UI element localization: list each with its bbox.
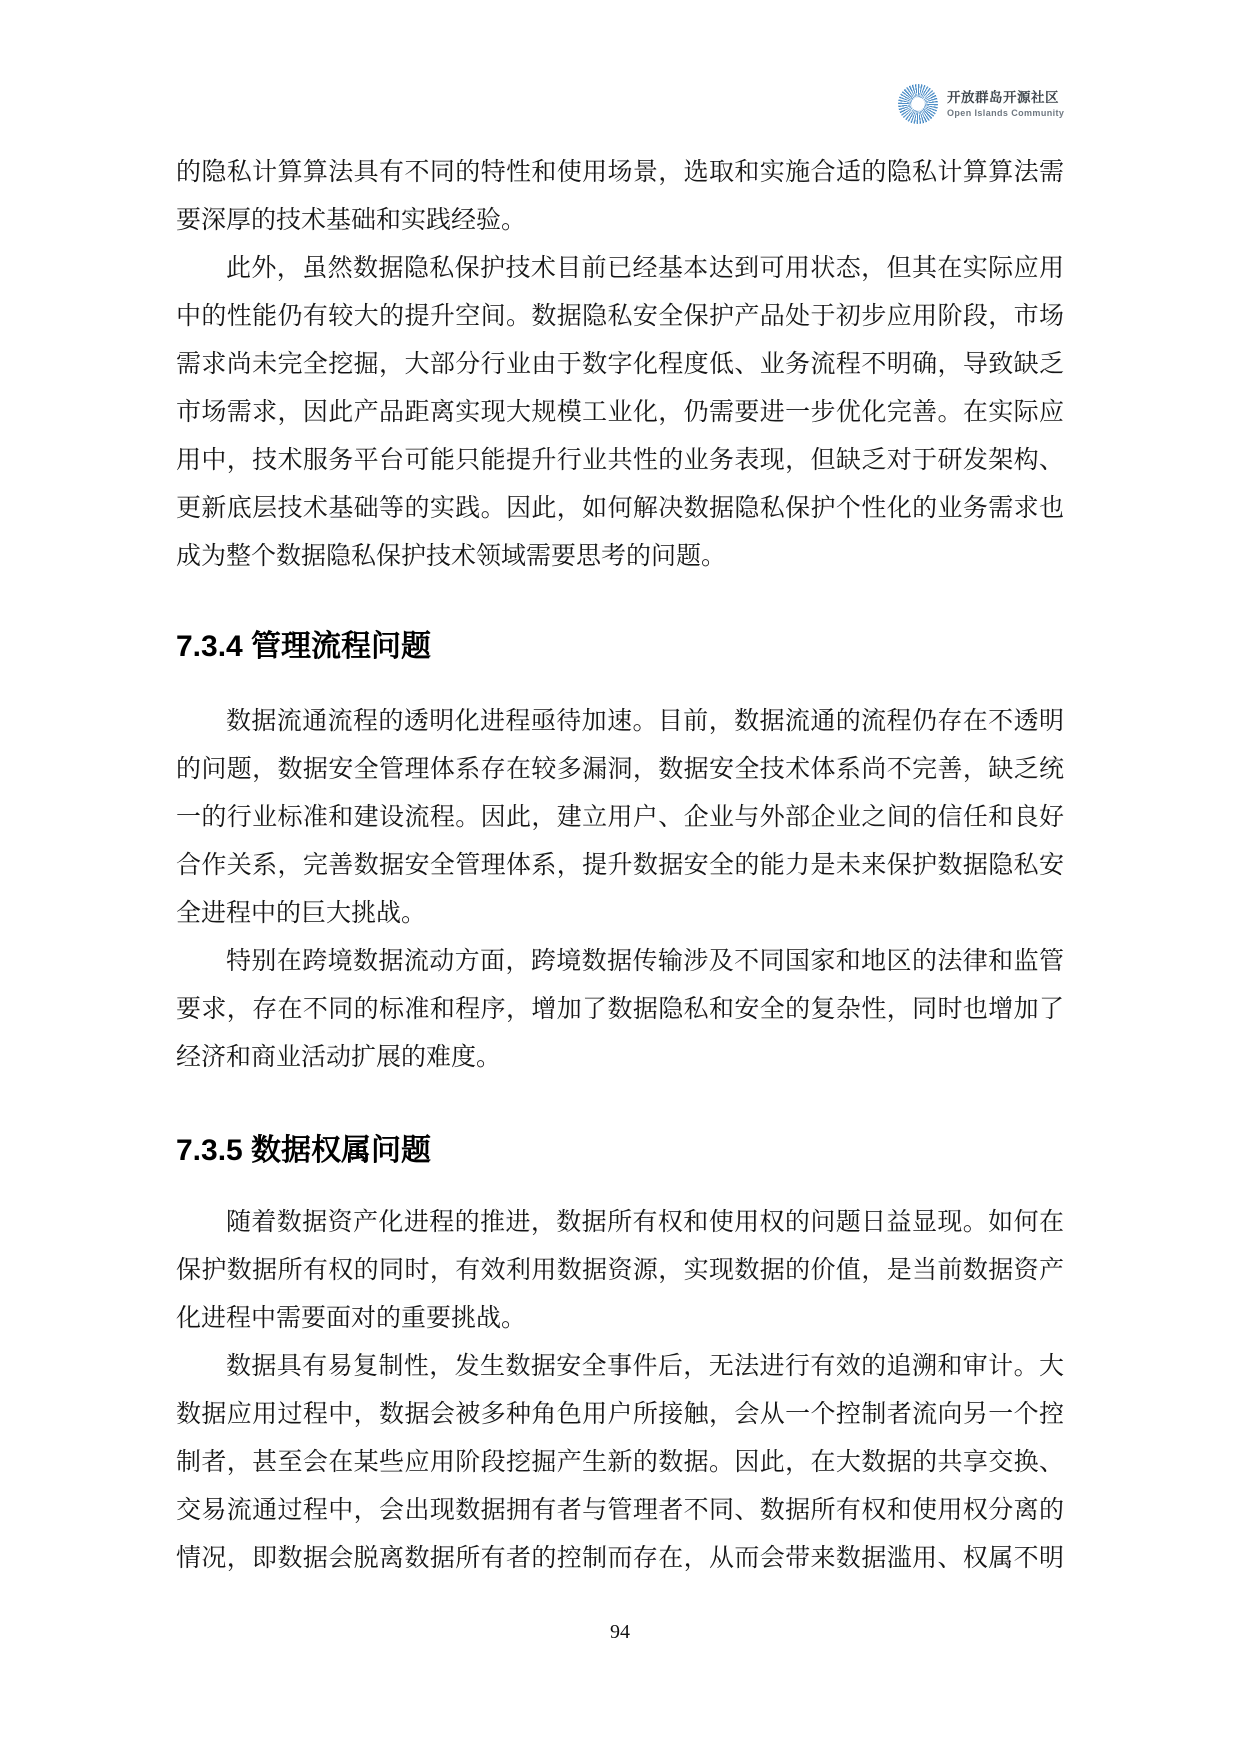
body-text-line: 成为整个数据隐私保护技术领域需要思考的问题。	[176, 533, 1064, 581]
logo-subtitle: Open Islands Community	[947, 108, 1064, 118]
body-text-line: 特别在跨境数据流动方面，跨境数据传输涉及不同国家和地区的法律和监管	[176, 938, 1064, 986]
open-islands-logo: 开放群岛开源社区 Open Islands Community	[898, 84, 1064, 124]
body-text-line: 化进程中需要面对的重要挑战。	[176, 1295, 1064, 1343]
paragraph-block-intro: 的隐私计算算法具有不同的特性和使用场景，选取和实施合适的隐私计算算法需 要深厚的…	[176, 149, 1064, 581]
paragraph-block-7-3-4: 数据流通流程的透明化进程亟待加速。目前，数据流通的流程仍存在不透明 的问题，数据…	[176, 698, 1064, 1082]
body-text-line: 更新底层技术基础等的实践。因此，如何解决数据隐私保护个性化的业务需求也	[176, 485, 1064, 533]
body-text-line: 要深厚的技术基础和实践经验。	[176, 197, 1064, 245]
body-text-line: 的问题，数据安全管理体系存在较多漏洞，数据安全技术体系尚不完善，缺乏统	[176, 746, 1064, 794]
body-text-line: 用中，技术服务平台可能只能提升行业共性的业务表现，但缺乏对于研发架构、	[176, 437, 1064, 485]
body-text-line: 中的性能仍有较大的提升空间。数据隐私安全保护产品处于初步应用阶段，市场	[176, 293, 1064, 341]
body-text-line: 保护数据所有权的同时，有效利用数据资源，实现数据的价值，是当前数据资产	[176, 1247, 1064, 1295]
logo-title: 开放群岛开源社区	[947, 90, 1064, 106]
body-text-line: 一的行业标准和建设流程。因此，建立用户、企业与外部企业之间的信任和良好	[176, 794, 1064, 842]
body-text-line: 随着数据资产化进程的推进，数据所有权和使用权的问题日益显现。如何在	[176, 1199, 1064, 1247]
body-text-line: 数据具有易复制性，发生数据安全事件后，无法进行有效的追溯和审计。大	[176, 1343, 1064, 1391]
body-text-line: 经济和商业活动扩展的难度。	[176, 1034, 1064, 1082]
section-heading-7-3-4: 7.3.4 管理流程问题	[176, 627, 1064, 667]
body-text-line: 需求尚未完全挖掘，大部分行业由于数字化程度低、业务流程不明确，导致缺乏	[176, 341, 1064, 389]
body-text-line: 市场需求，因此产品距离实现大规模工业化，仍需要进一步优化完善。在实际应	[176, 389, 1064, 437]
body-text-line: 情况，即数据会脱离数据所有者的控制而存在，从而会带来数据滥用、权属不明	[176, 1535, 1064, 1583]
starburst-logo-icon	[898, 84, 938, 124]
body-text-line: 制者，甚至会在某些应用阶段挖掘产生新的数据。因此，在大数据的共享交换、	[176, 1439, 1064, 1487]
body-text-line: 的隐私计算算法具有不同的特性和使用场景，选取和实施合适的隐私计算算法需	[176, 149, 1064, 197]
body-text-line: 要求，存在不同的标准和程序，增加了数据隐私和安全的复杂性，同时也增加了	[176, 986, 1064, 1034]
body-text-line: 全进程中的巨大挑战。	[176, 890, 1064, 938]
body-text-line: 合作关系，完善数据安全管理体系，提升数据安全的能力是未来保护数据隐私安	[176, 842, 1064, 890]
document-page: 开放群岛开源社区 Open Islands Community 的隐私计算算法具…	[0, 0, 1240, 1753]
body-text-line: 交易流通过程中，会出现数据拥有者与管理者不同、数据所有权和使用权分离的	[176, 1487, 1064, 1535]
logo-text: 开放群岛开源社区 Open Islands Community	[947, 90, 1064, 118]
body-text-line: 数据流通流程的透明化进程亟待加速。目前，数据流通的流程仍存在不透明	[176, 698, 1064, 746]
section-heading-7-3-5: 7.3.5 数据权属问题	[176, 1131, 1064, 1171]
body-text-line: 此外，虽然数据隐私保护技术目前已经基本达到可用状态，但其在实际应用	[176, 245, 1064, 293]
paragraph-block-7-3-5: 随着数据资产化进程的推进，数据所有权和使用权的问题日益显现。如何在 保护数据所有…	[176, 1199, 1064, 1583]
body-text-line: 数据应用过程中，数据会被多种角色用户所接触，会从一个控制者流向另一个控	[176, 1391, 1064, 1439]
page-number: 94	[0, 1618, 1240, 1646]
